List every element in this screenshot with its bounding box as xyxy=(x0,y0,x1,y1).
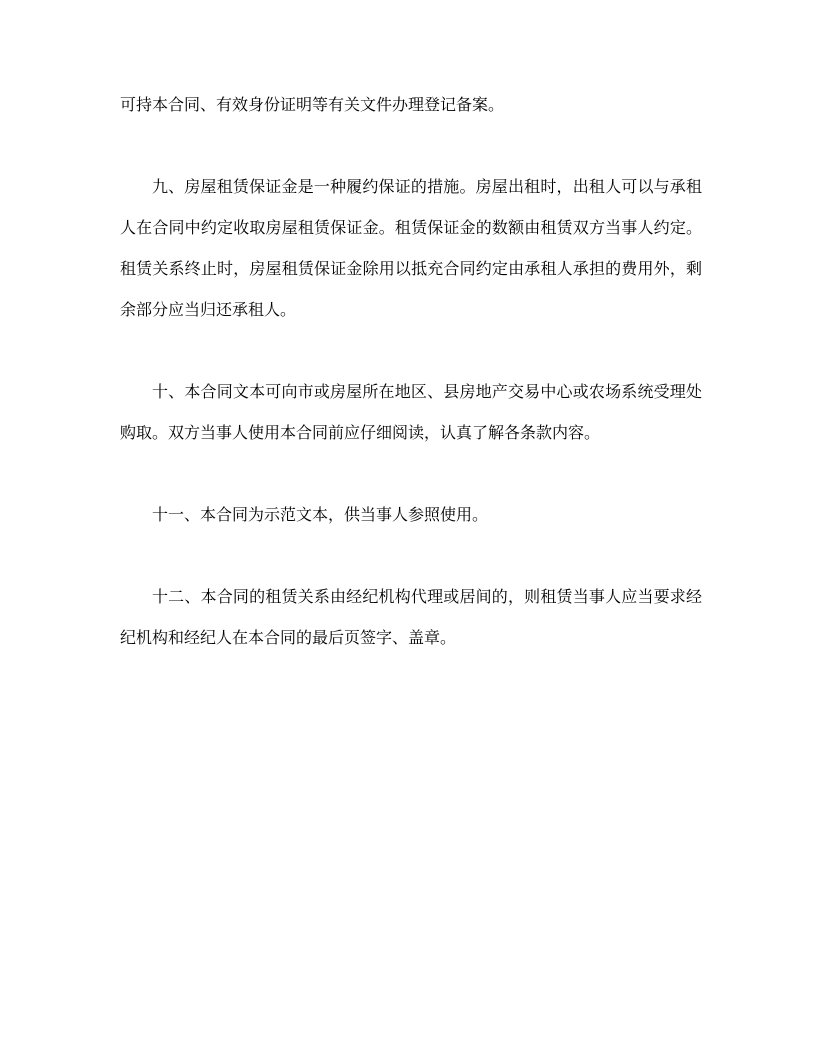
paragraph-clause-11: 十一、本合同为示范文本，供当事人参照使用。 xyxy=(120,495,702,536)
paragraph-continuation: 可持本合同、有效身份证明等有关文件办理登记备案。 xyxy=(120,85,702,126)
document-page: 可持本合同、有效身份证明等有关文件办理登记备案。 九、房屋租赁保证金是一种履约保… xyxy=(0,0,816,1056)
paragraph-clause-10: 十、本合同文本可向市或房屋所在地区、县房地产交易中心或农场系统受理处购取。双方当… xyxy=(120,372,702,454)
paragraph-clause-9: 九、房屋租赁保证金是一种履约保证的措施。房屋出租时，出租人可以与承租人在合同中约… xyxy=(120,167,702,331)
paragraph-clause-12: 十二、本合同的租赁关系由经纪机构代理或居间的，则租赁当事人应当要求经纪机构和经纪… xyxy=(120,577,702,659)
